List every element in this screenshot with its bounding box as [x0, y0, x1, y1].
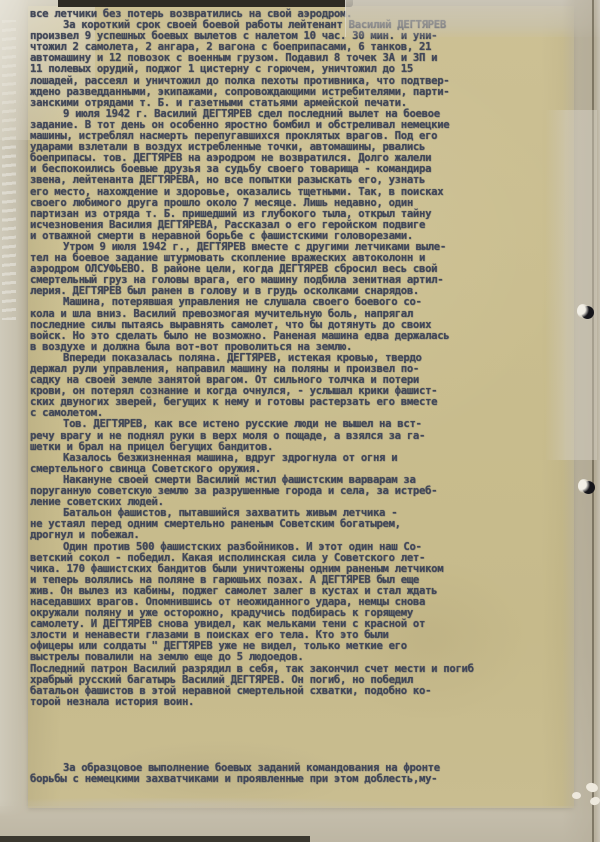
text-line: ских двуногих зверей, бегущих к нему и г… — [30, 397, 535, 408]
document-page: все летчики без потерь возвратились на с… — [0, 0, 600, 842]
text-line: Машина, потерявшая управления не слушала… — [30, 297, 535, 308]
text-line: выстрелы повалили на землю еще до 5 людо… — [30, 652, 535, 663]
punch-hole-top — [581, 306, 594, 319]
punch-hole-bottom — [582, 481, 595, 494]
tape-patch-right — [545, 110, 597, 460]
text-line: его место, нахождение и здоровье, оказал… — [30, 187, 535, 198]
text-line: Тов. ДЕГТЯРЕВ, как все истено русские лю… — [30, 419, 535, 430]
text-line: звена, лейтенанта ДЕГТЯРЕВА, но все попы… — [30, 175, 535, 186]
text-line: торой незнала история воин. — [30, 697, 535, 708]
text-line: борьбы с немецкими захватчиками и проявл… — [30, 774, 535, 785]
text-line: кола и шла вниз. Василий превозмогая муч… — [30, 309, 535, 320]
text-line: 11 полевых орудий, поджог 1 цистерну с г… — [30, 64, 535, 75]
torn-paper-spot — [572, 792, 581, 799]
text-line: дрогнул и побежал. — [30, 530, 535, 541]
bottom-dark-edge — [0, 836, 310, 842]
text-line: речу врагу и не поднял руки в верх моля … — [30, 431, 535, 442]
text-line: лошадей, рассеял и уничтожил до полка пе… — [30, 76, 535, 87]
text-block: все летчики без потерь возвратились на с… — [30, 9, 535, 785]
text-line: Один против 500 фашистских разбойников. … — [30, 542, 535, 553]
text-line: Последний патрон Василий разрядил в себя… — [30, 664, 535, 675]
top-dark-edge — [58, 0, 353, 7]
